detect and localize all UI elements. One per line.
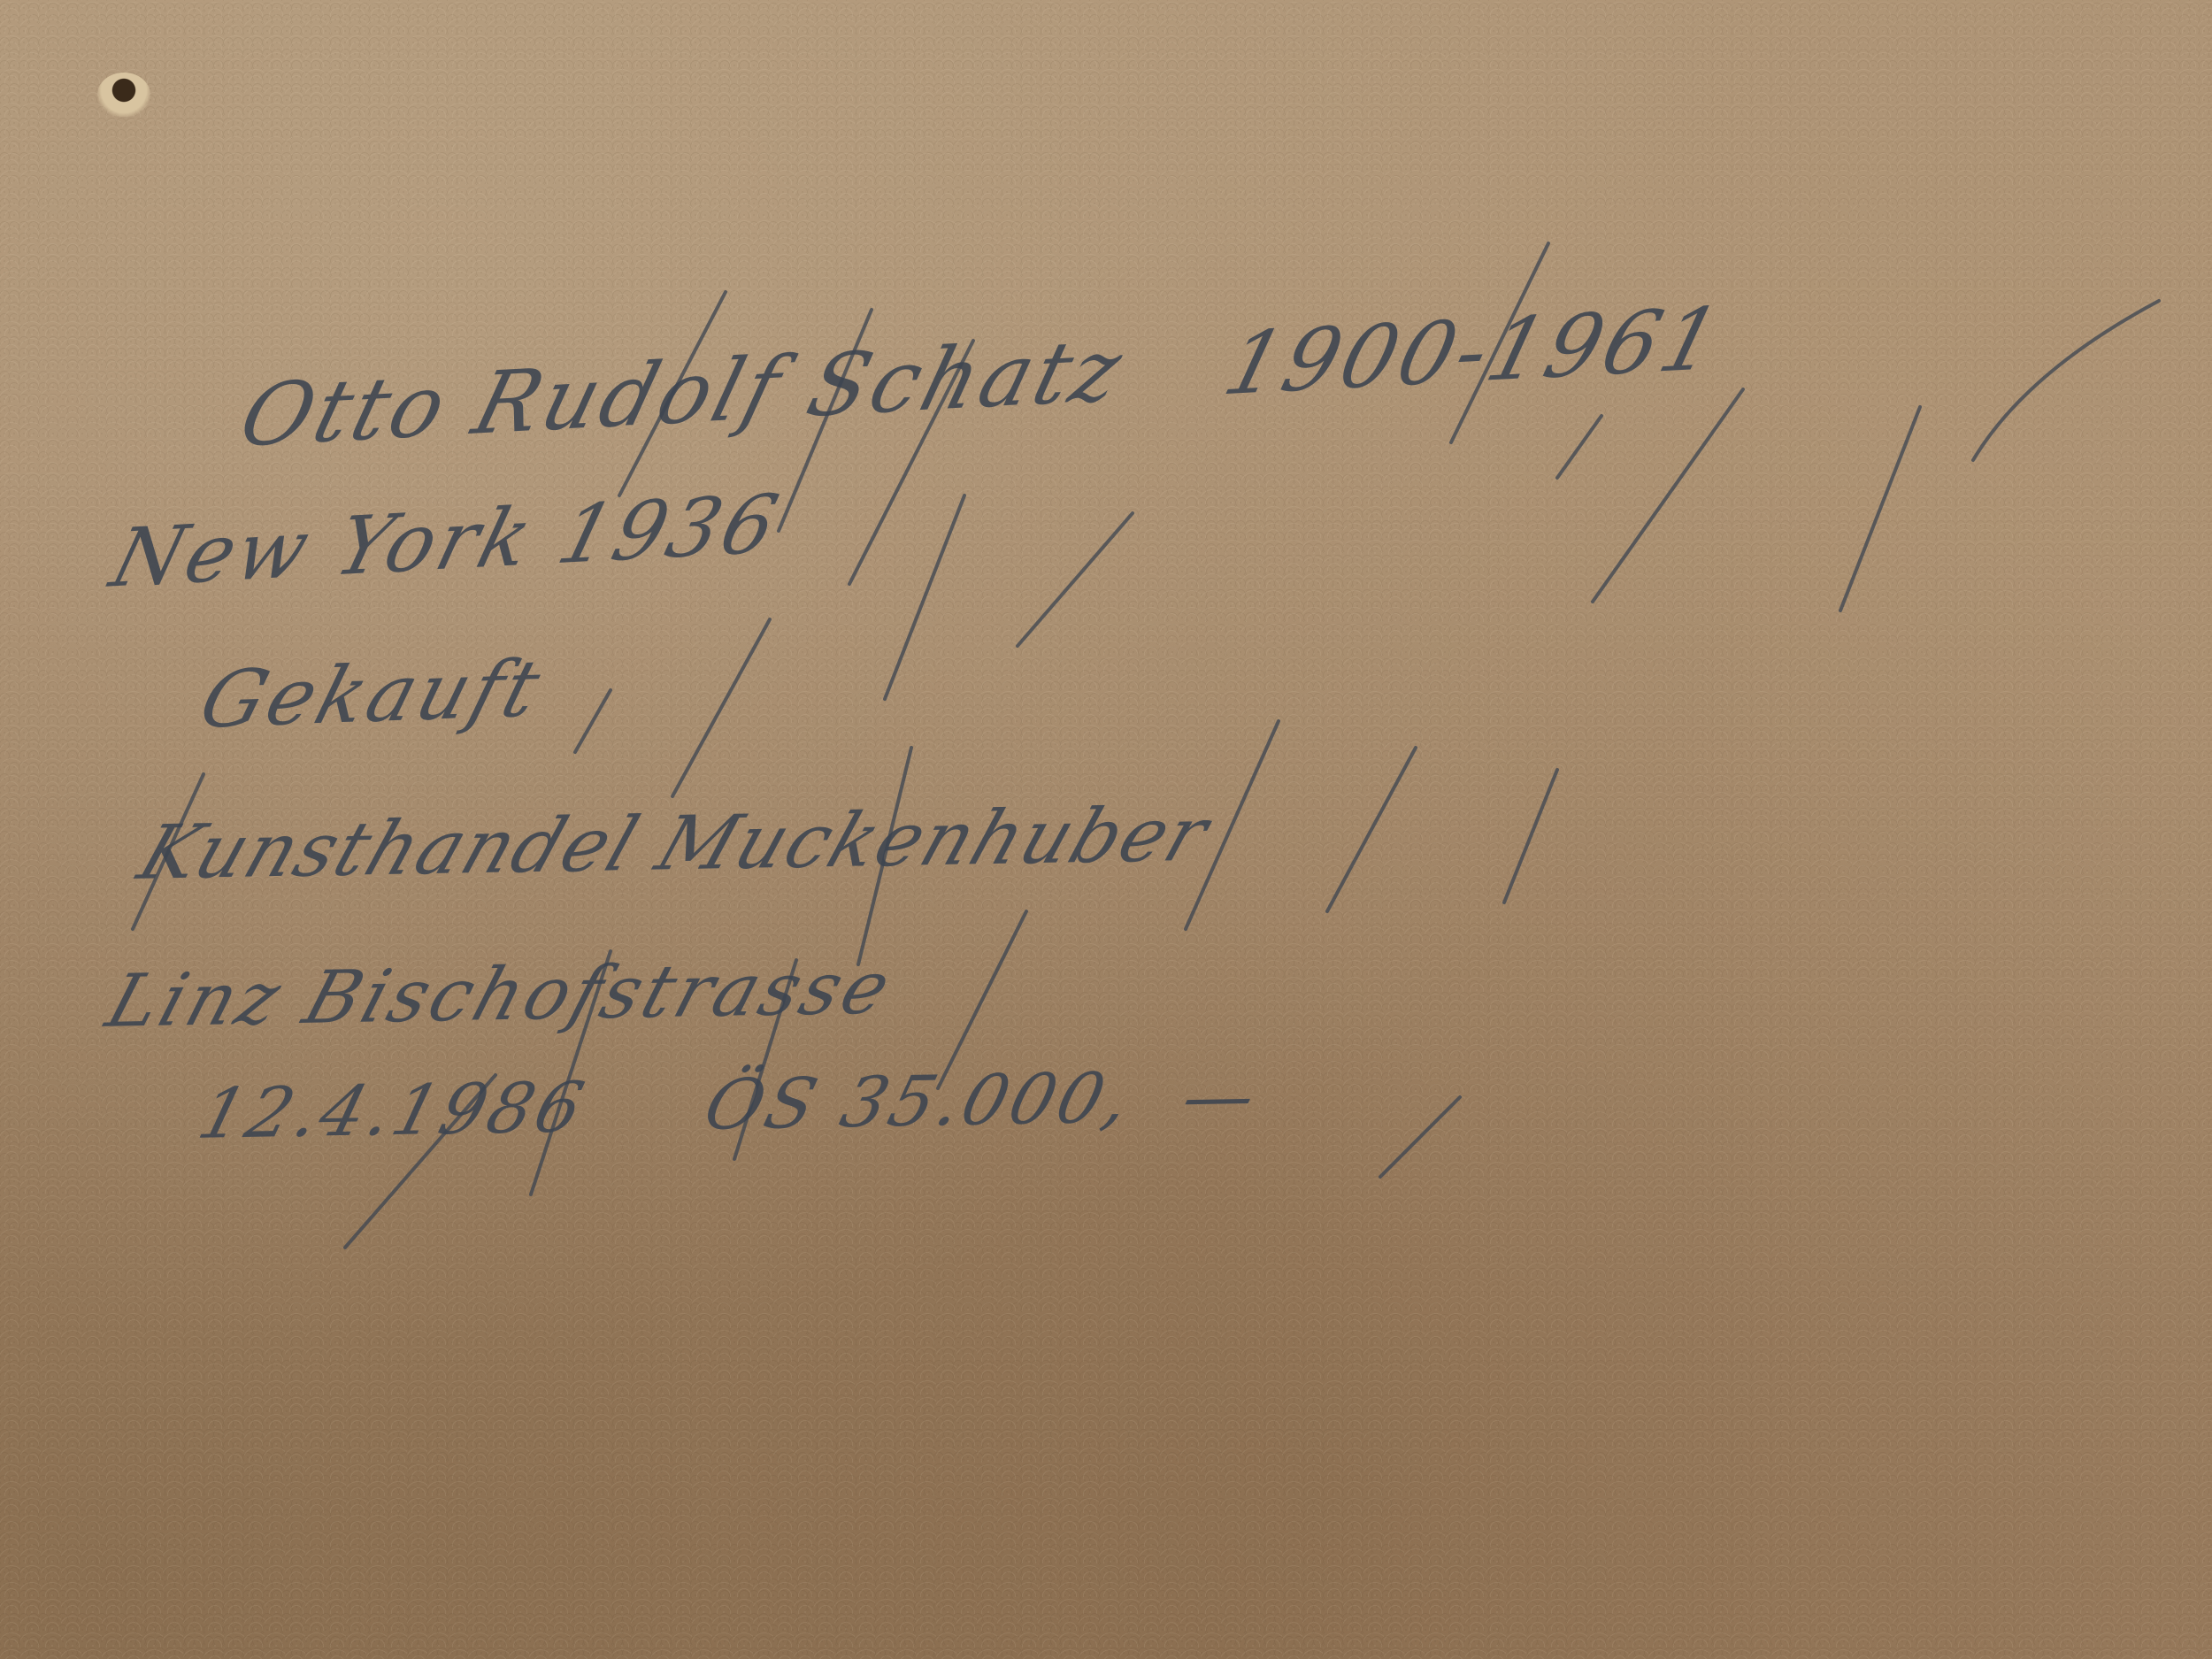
purchase-price: ÖS 35.000, [696, 1058, 1142, 1146]
inscription-line-address: Linz Bischofstrasse [97, 946, 903, 1044]
inscription-line-purchased: Gekauft [190, 642, 553, 746]
purchase-date: 12.4.1986 [190, 1068, 595, 1155]
dealer-address: Linz Bischofstrasse [97, 946, 903, 1044]
purchased-label: Gekauft [190, 642, 553, 746]
cardboard-backing: Otto Rudolf Schatz1900-1961 New York 193… [0, 0, 2212, 1659]
